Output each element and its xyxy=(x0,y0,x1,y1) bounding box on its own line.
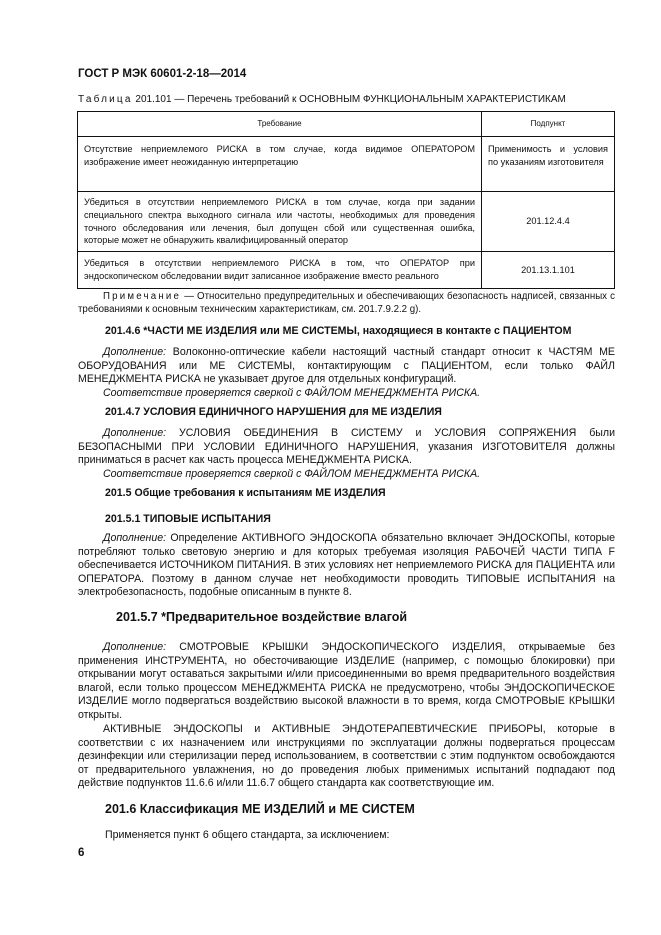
paragraph-201-5-7-active: АКТИВНЫЕ ЭНДОСКОПЫ и АКТИВНЫЕ ЭНДОТЕРАПЕ… xyxy=(78,723,615,791)
table-row: Убедиться в отсутствии неприемлемого РИС… xyxy=(78,252,615,289)
heading-201-5: 201.5 Общие требования к испытаниям МЕ И… xyxy=(105,487,386,499)
addition-201-4-7: Дополнение: УСЛОВИЯ ОБЕДИНЕНИЯ В СИСТЕМУ… xyxy=(78,427,615,468)
heading-201-5-7: 201.5.7 *Предварительное воздействие вла… xyxy=(116,610,407,624)
text-201-6: Применяется пункт 6 общего стандарта, за… xyxy=(105,829,389,841)
addition-label: Дополнение: xyxy=(103,427,166,439)
subclause-cell: 201.13.1.101 xyxy=(482,252,615,289)
table-caption-title: 201.101 — Перечень требований к ОСНОВНЫМ… xyxy=(133,94,566,105)
subclause-cell: 201.12.4.4 xyxy=(482,192,615,252)
addition-label: Дополнение: xyxy=(103,532,166,544)
addition-201-5-1: Дополнение: Определение АКТИВНОГО ЭНДОСК… xyxy=(78,532,615,600)
addition-label: Дополнение: xyxy=(103,641,166,653)
compliance-201-4-7: Соответствие проверяется сверкой с ФАЙЛО… xyxy=(78,468,615,482)
document-header: ГОСТ Р МЭК 60601-2-18—2014 xyxy=(78,68,246,80)
column-header-requirement: Требование xyxy=(78,112,482,137)
table-row: Убедиться в отсутствии неприемлемого РИС… xyxy=(78,192,615,252)
page-number: 6 xyxy=(78,847,84,859)
requirement-cell: Убедиться в отсутствии неприемлемого РИС… xyxy=(78,192,482,252)
table-note: Примечание — Относительно предупредитель… xyxy=(78,290,615,317)
table-caption: Таблица 201.101 — Перечень требований к … xyxy=(78,94,566,105)
heading-201-6: 201.6 Классификация МЕ ИЗДЕЛИЙ и МЕ СИСТ… xyxy=(105,802,415,816)
requirement-cell: Отсутствие неприемлемого РИСКА в том слу… xyxy=(78,137,482,192)
requirement-cell: Убедиться в отсутствии неприемлемого РИС… xyxy=(78,252,482,289)
subclause-cell: Применимость и условия по указаниям изго… xyxy=(482,137,615,192)
compliance-text: Соответствие проверяется сверкой с ФАЙЛО… xyxy=(103,468,480,480)
note-label: Примечание xyxy=(103,291,181,302)
table-header-row: Требование Подпункт xyxy=(78,112,615,137)
heading-201-5-1: 201.5.1 ТИПОВЫЕ ИСПЫТАНИЯ xyxy=(105,513,271,525)
addition-label: Дополнение: xyxy=(103,346,166,358)
column-header-subclause: Подпункт xyxy=(482,112,615,137)
compliance-201-4-6: Соответствие проверяется сверкой с ФАЙЛО… xyxy=(78,387,615,401)
addition-201-5-7: Дополнение: СМОТРОВЫЕ КРЫШКИ ЭНДОСКОПИЧЕ… xyxy=(78,641,615,723)
table-caption-label: Таблица xyxy=(78,94,133,105)
heading-201-4-6: 201.4.6 *ЧАСТИ МЕ ИЗДЕЛИЯ или МЕ СИСТЕМЫ… xyxy=(105,325,571,337)
table-row: Отсутствие неприемлемого РИСКА в том слу… xyxy=(78,137,615,192)
compliance-text: Соответствие проверяется сверкой с ФАЙЛО… xyxy=(103,387,480,399)
addition-201-4-6: Дополнение: Волоконно-оптические кабели … xyxy=(78,346,615,387)
heading-201-4-7: 201.4.7 УСЛОВИЯ ЕДИНИЧНОГО НАРУШЕНИЯ для… xyxy=(105,406,442,418)
requirements-table: Требование Подпункт Отсутствие неприемле… xyxy=(77,111,615,289)
